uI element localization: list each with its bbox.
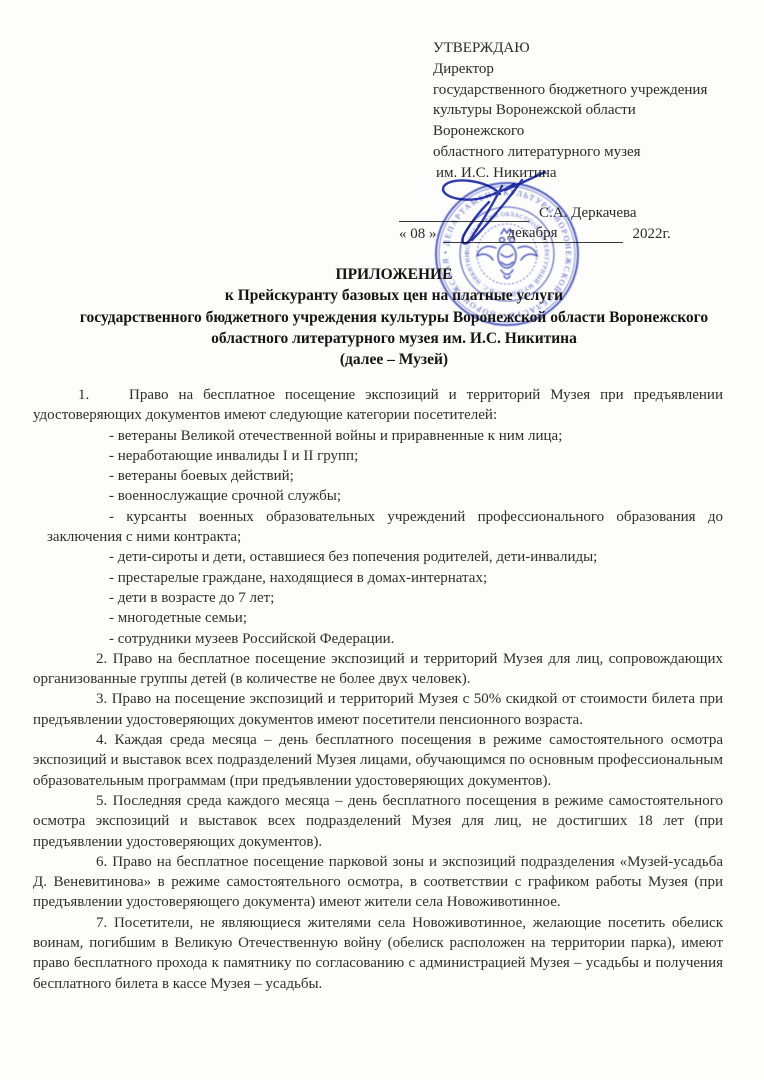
scanned-document-page: УТВЕРЖДАЮ Директор государственного бюдж… (0, 0, 764, 1080)
list-item: - сотрудники музеев Российской Федерации… (47, 629, 723, 649)
title-line: областного литературного музея им. И.С. … (44, 328, 744, 349)
body-paragraph: 5. Последняя среда каждого месяца – день… (33, 791, 723, 852)
title-line: (далее – Музей) (44, 349, 744, 370)
list-item: - ветераны боевых действий; (47, 466, 723, 486)
list-item: - дети в возрасте до 7 лет; (47, 588, 723, 608)
director-signature (430, 160, 560, 255)
document-body: 1. Право на бесплатное посещение экспози… (33, 385, 723, 994)
list-item: - курсанты военных образовательных учреж… (47, 507, 723, 548)
list-item: - ветераны Великой отечественной войны и… (47, 426, 723, 446)
title-line: ПРИЛОЖЕНИЕ (44, 264, 744, 285)
title-line: к Прейскуранту базовых цен на платные ус… (44, 285, 744, 306)
body-paragraph: 4. Каждая среда месяца – день бесплатног… (33, 730, 723, 791)
body-paragraph: 3. Право на посещение экспозиций и терри… (33, 689, 723, 730)
approval-line: Воронежского (433, 121, 707, 142)
list-item: - неработающие инвалиды I и II групп; (47, 446, 723, 466)
body-paragraph: 6. Право на бесплатное посещение парково… (33, 852, 723, 913)
list-item: - дети-сироты и дети, оставшиеся без поп… (47, 547, 723, 567)
approval-line: культуры Воронежской области (433, 100, 707, 121)
document-title: ПРИЛОЖЕНИЕ к Прейскуранту базовых цен на… (44, 264, 744, 370)
approval-line: Директор (433, 59, 707, 80)
list-item: - военнослужащие срочной службы; (47, 486, 723, 506)
list-item: - престарелые граждане, находящиеся в до… (47, 568, 723, 588)
title-line: государственного бюджетного учреждения к… (44, 307, 744, 328)
approval-line: УТВЕРЖДАЮ (433, 38, 707, 59)
body-paragraph: 7. Посетители, не являющиеся жителями се… (33, 913, 723, 994)
body-paragraph: 2. Право на бесплатное посещение экспози… (33, 649, 723, 690)
signature-strokes (443, 172, 545, 244)
date-year: 2022г. (633, 226, 671, 243)
body-paragraph: 1. Право на бесплатное посещение экспози… (33, 385, 723, 426)
list-item: - многодетные семьи; (47, 608, 723, 628)
approval-line: государственного бюджетного учреждения (433, 80, 707, 101)
